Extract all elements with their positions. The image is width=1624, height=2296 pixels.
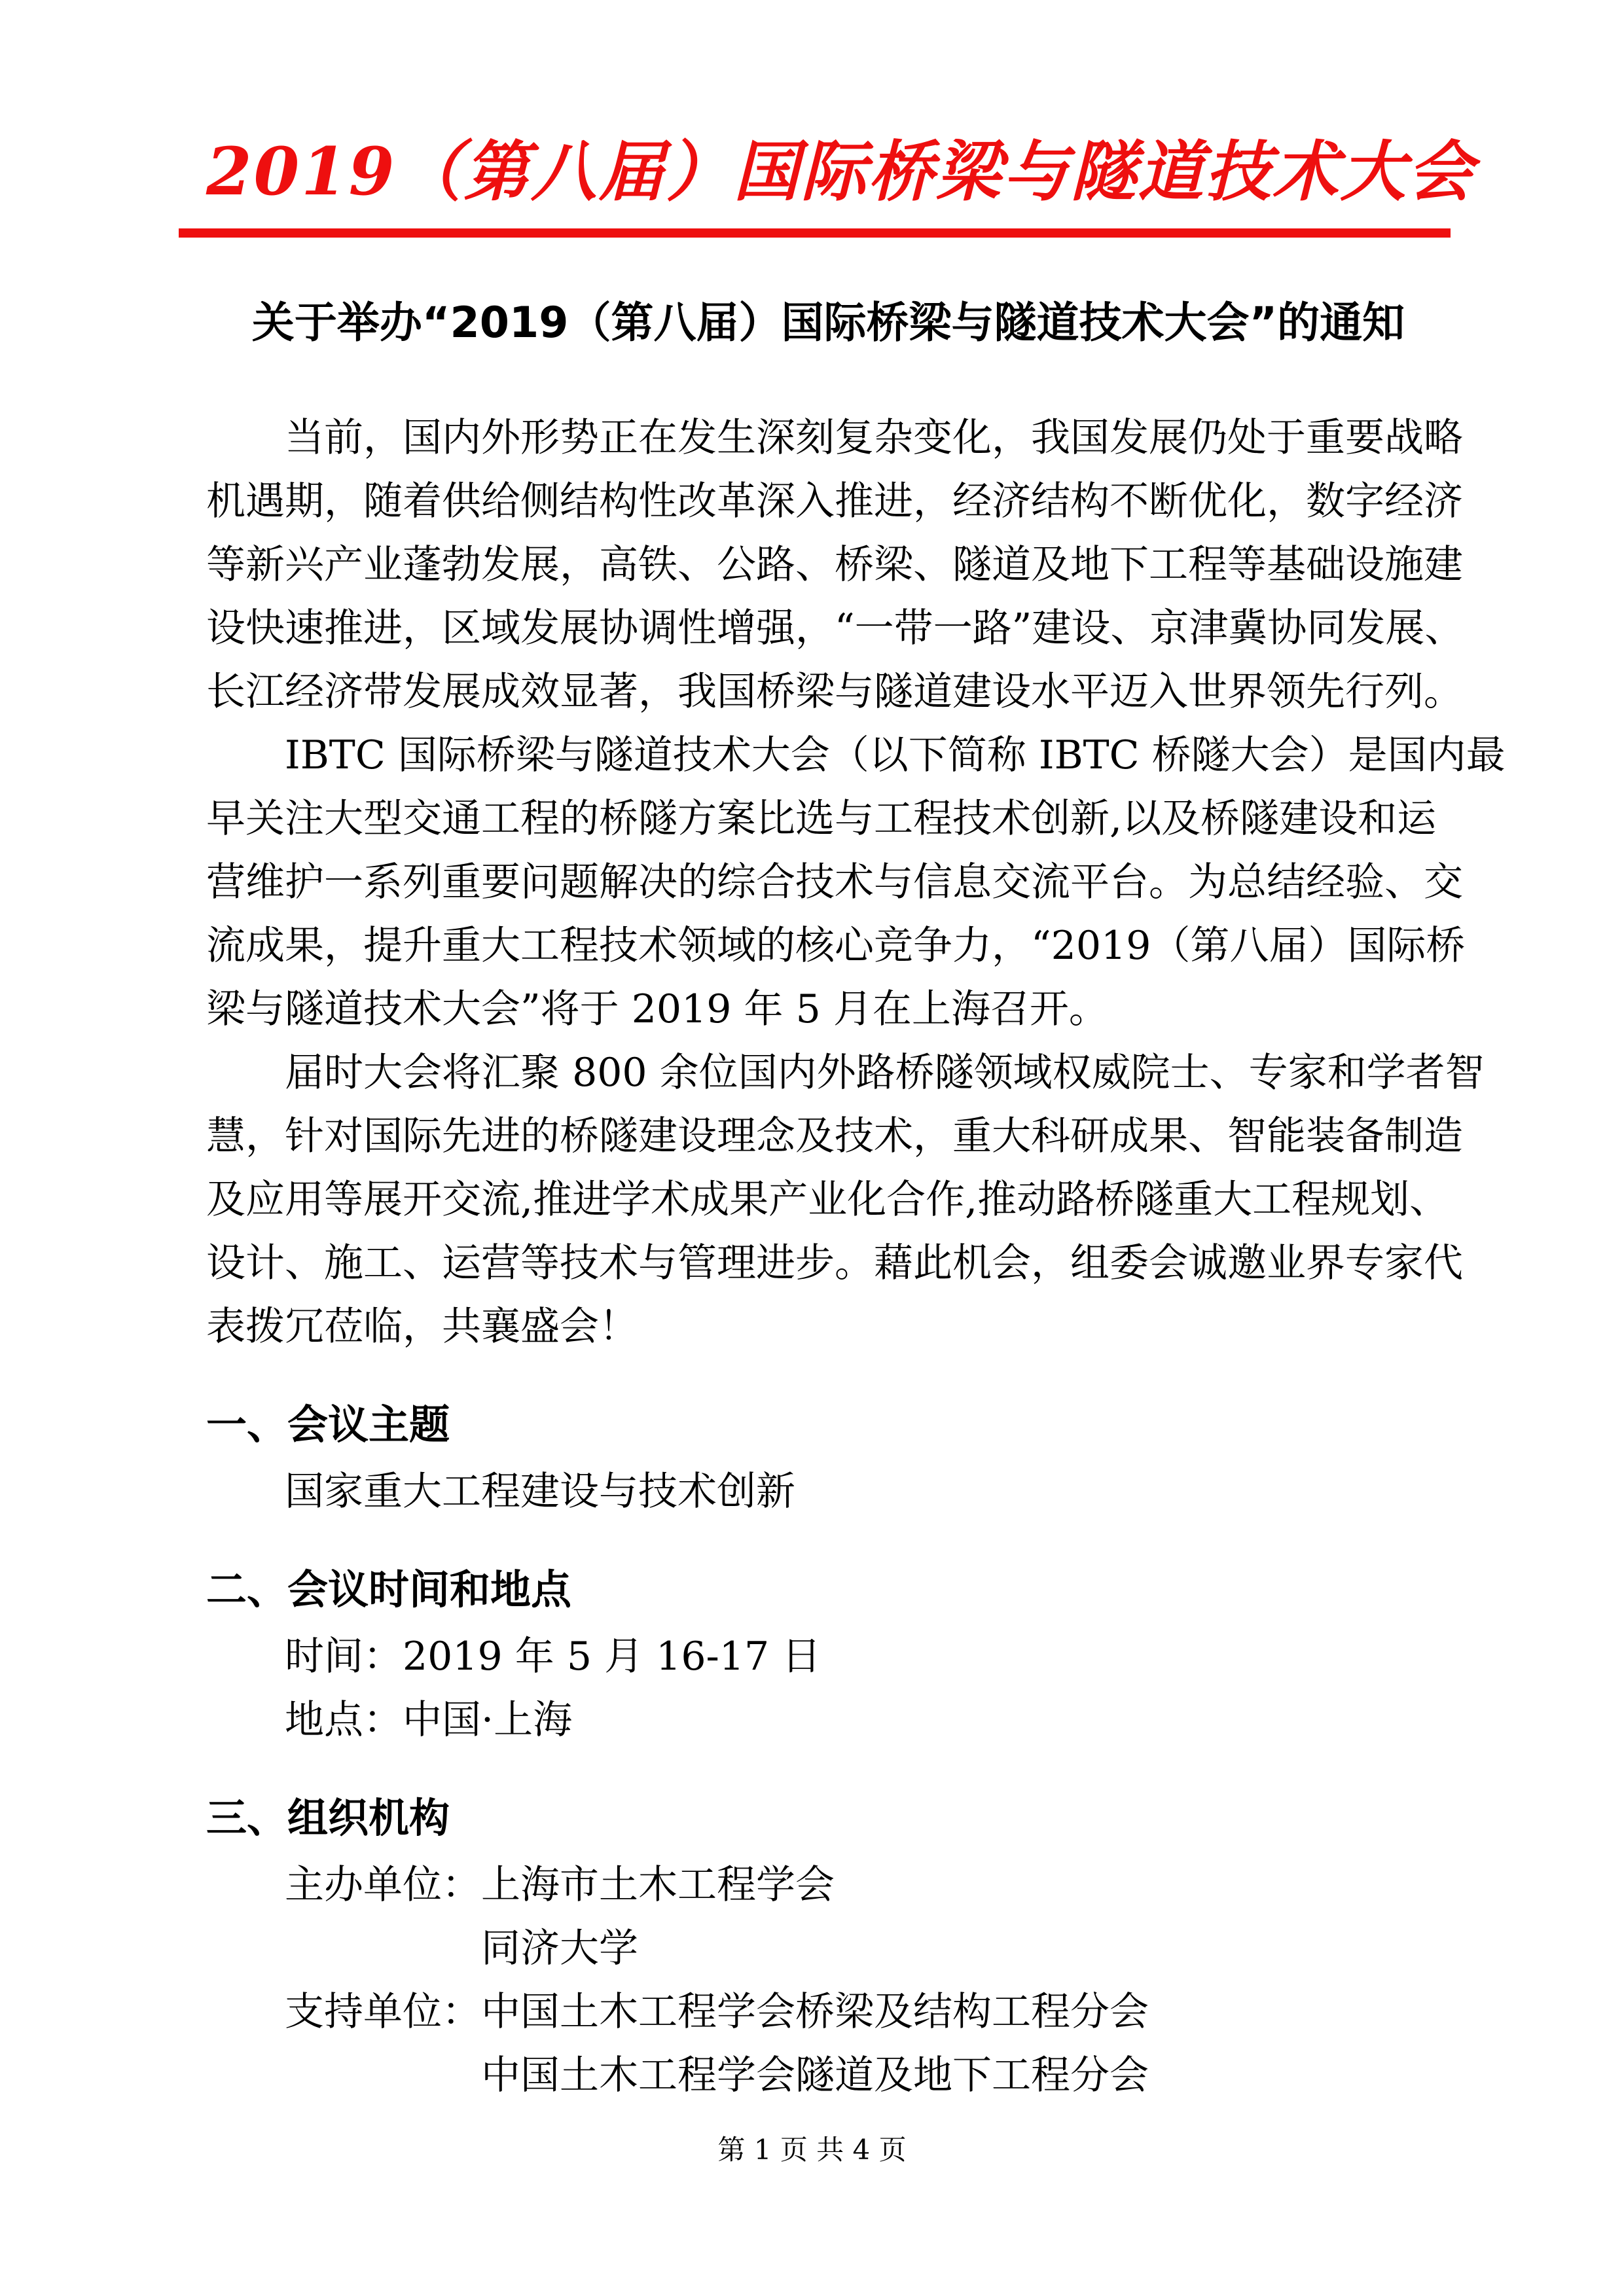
paragraph-line: 营维护一系列重要问题解决的综合技术与信息交流平台。为总结经验、交 [206, 851, 1451, 914]
paragraph-line: 届时大会将汇聚 800 余位国内外路桥隧领域权威院士、专家和学者智 [206, 1041, 1451, 1105]
paragraph: 当前，国内外形势正在发生深刻复杂变化，我国发展仍处于重要战略机遇期，随着供给侧结… [206, 406, 1451, 724]
section-line: 支持单位：中国土木工程学会桥梁及结构工程分会 [206, 1981, 1451, 2044]
paragraph: 届时大会将汇聚 800 余位国内外路桥隧领域权威院士、专家和学者智慧，针对国际先… [206, 1041, 1451, 1359]
section-line: 中国土木工程学会隧道及地下工程分会 [206, 2044, 1451, 2108]
paragraph-line: 表拨冗莅临，共襄盛会！ [206, 1295, 1451, 1359]
document-page: 2019（第八届）国际桥梁与隧道技术大会 关于举办“2019（第八届）国际桥梁与… [0, 0, 1624, 2296]
section: 一、会议主题国家重大工程建设与技术创新 [206, 1393, 1451, 1524]
paragraph-line: 慧，针对国际先进的桥隧建设理念及技术，重大科研成果、智能装备制造 [206, 1105, 1451, 1168]
paragraph-line: 当前，国内外形势正在发生深刻复杂变化，我国发展仍处于重要战略 [206, 406, 1451, 470]
notice-heading: 关于举办“2019（第八届）国际桥梁与隧道技术大会”的通知 [206, 298, 1451, 349]
paragraph-line: 及应用等展开交流,推进学术成果产业化合作,推动路桥隧重大工程规划、 [206, 1168, 1451, 1232]
document-body: 当前，国内外形势正在发生深刻复杂变化，我国发展仍处于重要战略机遇期，随着供给侧结… [206, 406, 1451, 2108]
section-heading: 二、会议时间和地点 [206, 1558, 1451, 1621]
paragraph-line: 梁与隧道技术大会”将于 2019 年 5 月在上海召开。 [206, 978, 1451, 1041]
paragraph-line: 流成果，提升重大工程技术领域的核心竞争力，“2019（第八届）国际桥 [206, 914, 1451, 978]
paragraph-line: IBTC 国际桥梁与隧道技术大会（以下简称 IBTC 桥隧大会）是国内最 [206, 724, 1451, 787]
paragraph-line: 早关注大型交通工程的桥隧方案比选与工程技术创新,以及桥隧建设和运 [206, 787, 1451, 851]
document-title: 2019（第八届）国际桥梁与隧道技术大会 [206, 131, 1451, 213]
section-line: 国家重大工程建设与技术创新 [206, 1460, 1451, 1524]
paragraph-line: 设快速推进，区域发展协调性增强，“一带一路”建设、京津冀协同发展、 [206, 597, 1451, 660]
section-line: 同济大学 [206, 1917, 1451, 1981]
section: 三、组织机构主办单位：上海市土木工程学会同济大学支持单位：中国土木工程学会桥梁及… [206, 1786, 1451, 2108]
paragraph-line: 设计、施工、运营等技术与管理进步。藉此机会，组委会诚邀业界专家代 [206, 1232, 1451, 1295]
page-footer: 第 1 页 共 4 页 [0, 2134, 1624, 2166]
paragraph-line: 等新兴产业蓬勃发展，高铁、公路、桥梁、隧道及地下工程等基础设施建 [206, 533, 1451, 597]
paragraph-line: 长江经济带发展成效显著，我国桥梁与隧道建设水平迈入世界领先行列。 [206, 660, 1451, 724]
paragraph-line: 机遇期，随着供给侧结构性改革深入推进，经济结构不断优化，数字经济 [206, 470, 1451, 533]
section-line: 主办单位：上海市土木工程学会 [206, 1854, 1451, 1917]
paragraph: IBTC 国际桥梁与隧道技术大会（以下简称 IBTC 桥隧大会）是国内最早关注大… [206, 724, 1451, 1041]
section: 二、会议时间和地点时间：2019 年 5 月 16-17 日地点：中国·上海 [206, 1558, 1451, 1752]
section-line: 时间：2019 年 5 月 16-17 日 [206, 1625, 1451, 1689]
section-heading: 一、会议主题 [206, 1393, 1451, 1456]
section-heading: 三、组织机构 [206, 1786, 1451, 1850]
title-underline [179, 228, 1451, 238]
section-line: 地点：中国·上海 [206, 1689, 1451, 1752]
